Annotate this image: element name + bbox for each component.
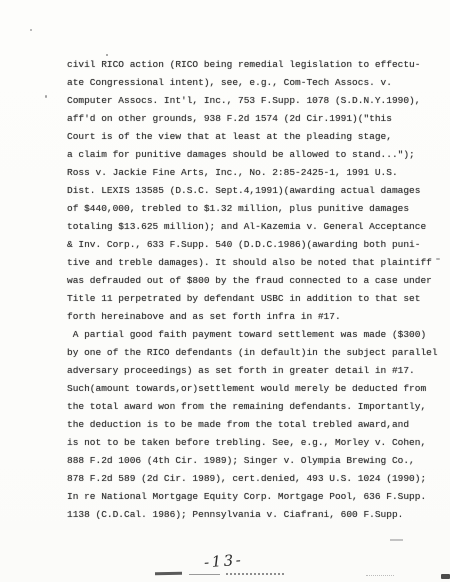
text-line: the total award won from the remaining d… xyxy=(67,398,438,416)
text-line: & Inv. Corp., 633 F.Supp. 540 (D.D.C.198… xyxy=(67,236,438,254)
underline-dash xyxy=(189,574,220,575)
text-line: Ross v. Jackie Fine Arts, Inc., No. 2:85… xyxy=(67,164,438,182)
text-line: Title 11 perpetrated by defendant USBC i… xyxy=(67,290,438,308)
scan-line-artifact xyxy=(390,539,403,541)
text-line: Computer Assocs. Int'l, Inc., 753 F.Supp… xyxy=(67,92,438,110)
text-line: by one of the RICO defendants (in defaul… xyxy=(67,344,438,362)
text-line: ate Congressional intent), see, e.g., Co… xyxy=(67,74,438,92)
text-line: a claim for punitive damages should be a… xyxy=(67,146,438,164)
text-line: forth hereinabove and as set forth infra… xyxy=(67,308,438,326)
text-line: Court is of the view that at least at th… xyxy=(67,128,438,146)
scan-dots-artifact xyxy=(366,575,394,576)
text-line: 1138 (C.D.Cal. 1986); Pennsylvania v. Ci… xyxy=(67,506,438,524)
scan-speck xyxy=(30,29,32,31)
text-line: A partial good faith payment toward sett… xyxy=(67,326,438,344)
body-text: civil RICO action (RICO being remedial l… xyxy=(67,56,438,524)
scanned-document-page: civil RICO action (RICO being remedial l… xyxy=(0,0,450,582)
handwritten-page-number: -13- xyxy=(203,551,243,572)
text-line: civil RICO action (RICO being remedial l… xyxy=(67,56,438,74)
text-line: of $440,000, trebled to $1.32 million, p… xyxy=(67,200,438,218)
text-line: Dist. LEXIS 13585 (D.S.C. Sept.4,1991)(a… xyxy=(67,182,438,200)
underline-dotted-marks xyxy=(226,573,284,575)
underline-dash xyxy=(155,572,182,575)
text-line: In re National Mortgage Equity Corp. Mor… xyxy=(67,488,438,506)
text-line: 878 F.2d 589 (2d Cir. 1989), cert.denied… xyxy=(67,470,438,488)
scan-speck xyxy=(45,95,47,98)
text-line: 888 F.2d 1006 (4th Cir. 1989); Singer v.… xyxy=(67,452,438,470)
text-line: the deduction is to be made from the tot… xyxy=(67,416,438,434)
text-line: adversary proceedings) as set forth in g… xyxy=(67,362,438,380)
text-line: aff'd on other grounds, 938 F.2d 1574 (2… xyxy=(67,110,438,128)
scan-edge-artifact xyxy=(441,574,450,579)
text-line: Such(amount towards,or)settlement would … xyxy=(67,380,438,398)
text-line: totaling $13.625 million); and Al-Kazemi… xyxy=(67,218,438,236)
text-line: was defrauded out of $800 by the fraud c… xyxy=(67,272,438,290)
text-line: tive and treble damages). It should also… xyxy=(67,254,438,272)
text-line: is not to be taken before trebling. See,… xyxy=(67,434,438,452)
